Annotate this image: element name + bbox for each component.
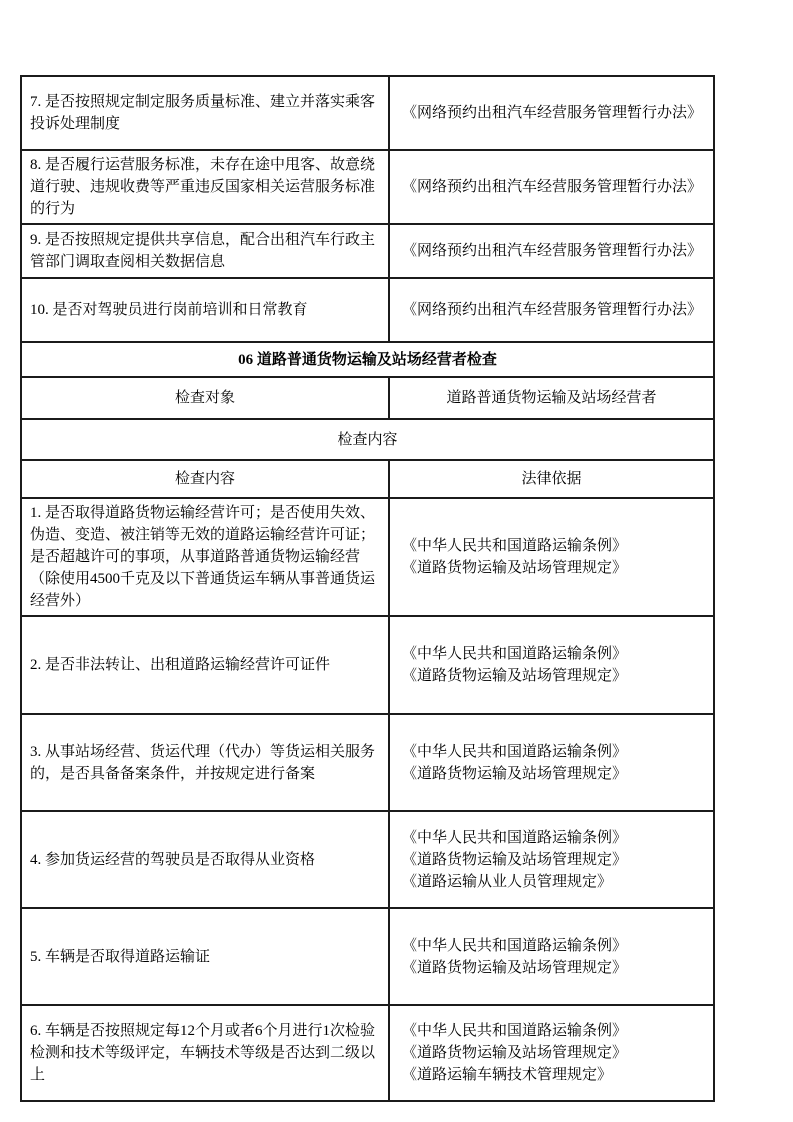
inspection-object-row: 检查对象 道路普通货物运输及站场经营者 [21, 377, 714, 419]
section-title: 06 道路普通货物运输及站场经营者检查 [21, 342, 714, 377]
inspection-content-label: 检查内容 [21, 419, 714, 460]
inspection-table: 7. 是否按照规定制定服务质量标准、建立并落实乘客投诉处理制度 《网络预约出租汽… [20, 75, 715, 1102]
table-row: 7. 是否按照规定制定服务质量标准、建立并落实乘客投诉处理制度 《网络预约出租汽… [21, 76, 714, 150]
table-row: 1. 是否取得道路货物运输经营许可；是否使用失效、伪造、变造、被注销等无效的道路… [21, 498, 714, 616]
check-item-10: 10. 是否对驾驶员进行岗前培训和日常教育 [21, 278, 389, 342]
legal-basis-6: 《中华人民共和国道路运输条例》 《道路货物运输及站场管理规定》 《道路运输车辆技… [389, 1005, 714, 1101]
legal-basis-8: 《网络预约出租汽车经营服务管理暂行办法》 [389, 150, 714, 224]
inspection-content-row: 检查内容 [21, 419, 714, 460]
check-item-9: 9. 是否按照规定提供共享信息，配合出租汽车行政主管部门调取查阅相关数据信息 [21, 224, 389, 278]
legal-basis-9: 《网络预约出租汽车经营服务管理暂行办法》 [389, 224, 714, 278]
check-item-6: 6. 车辆是否按照规定每12个月或者6个月进行1次检验检测和技术等级评定，车辆技… [21, 1005, 389, 1101]
table-row: 8. 是否履行运营服务标准，未存在途中甩客、故意绕道行驶、违规收费等严重违反国家… [21, 150, 714, 224]
legal-basis-5: 《中华人民共和国道路运输条例》 《道路货物运输及站场管理规定》 [389, 908, 714, 1005]
check-item-7: 7. 是否按照规定制定服务质量标准、建立并落实乘客投诉处理制度 [21, 76, 389, 150]
legal-column-header: 法律依据 [389, 460, 714, 498]
inspection-object-value: 道路普通货物运输及站场经营者 [389, 377, 714, 419]
table-row: 4. 参加货运经营的驾驶员是否取得从业资格 《中华人民共和国道路运输条例》 《道… [21, 811, 714, 908]
table-row: 9. 是否按照规定提供共享信息，配合出租汽车行政主管部门调取查阅相关数据信息 《… [21, 224, 714, 278]
inspection-object-label: 检查对象 [21, 377, 389, 419]
section-header-row: 06 道路普通货物运输及站场经营者检查 [21, 342, 714, 377]
check-item-2: 2. 是否非法转让、出租道路运输经营许可证件 [21, 616, 389, 714]
check-item-3: 3. 从事站场经营、货运代理（代办）等货运相关服务的，是否具备备案条件，并按规定… [21, 714, 389, 811]
legal-basis-3: 《中华人民共和国道路运输条例》 《道路货物运输及站场管理规定》 [389, 714, 714, 811]
legal-basis-1: 《中华人民共和国道路运输条例》 《道路货物运输及站场管理规定》 [389, 498, 714, 616]
table-row: 10. 是否对驾驶员进行岗前培训和日常教育 《网络预约出租汽车经营服务管理暂行办… [21, 278, 714, 342]
check-item-1: 1. 是否取得道路货物运输经营许可；是否使用失效、伪造、变造、被注销等无效的道路… [21, 498, 389, 616]
table-row: 5. 车辆是否取得道路运输证 《中华人民共和国道路运输条例》 《道路货物运输及站… [21, 908, 714, 1005]
legal-basis-2: 《中华人民共和国道路运输条例》 《道路货物运输及站场管理规定》 [389, 616, 714, 714]
legal-basis-4: 《中华人民共和国道路运输条例》 《道路货物运输及站场管理规定》 《道路运输从业人… [389, 811, 714, 908]
table-row: 6. 车辆是否按照规定每12个月或者6个月进行1次检验检测和技术等级评定，车辆技… [21, 1005, 714, 1101]
table-row: 3. 从事站场经营、货运代理（代办）等货运相关服务的，是否具备备案条件，并按规定… [21, 714, 714, 811]
legal-basis-10: 《网络预约出租汽车经营服务管理暂行办法》 [389, 278, 714, 342]
column-header-row: 检查内容 法律依据 [21, 460, 714, 498]
content-column-header: 检查内容 [21, 460, 389, 498]
document-page: 7. 是否按照规定制定服务质量标准、建立并落实乘客投诉处理制度 《网络预约出租汽… [0, 0, 793, 1122]
check-item-5: 5. 车辆是否取得道路运输证 [21, 908, 389, 1005]
legal-basis-7: 《网络预约出租汽车经营服务管理暂行办法》 [389, 76, 714, 150]
table-row: 2. 是否非法转让、出租道路运输经营许可证件 《中华人民共和国道路运输条例》 《… [21, 616, 714, 714]
check-item-4: 4. 参加货运经营的驾驶员是否取得从业资格 [21, 811, 389, 908]
check-item-8: 8. 是否履行运营服务标准，未存在途中甩客、故意绕道行驶、违规收费等严重违反国家… [21, 150, 389, 224]
